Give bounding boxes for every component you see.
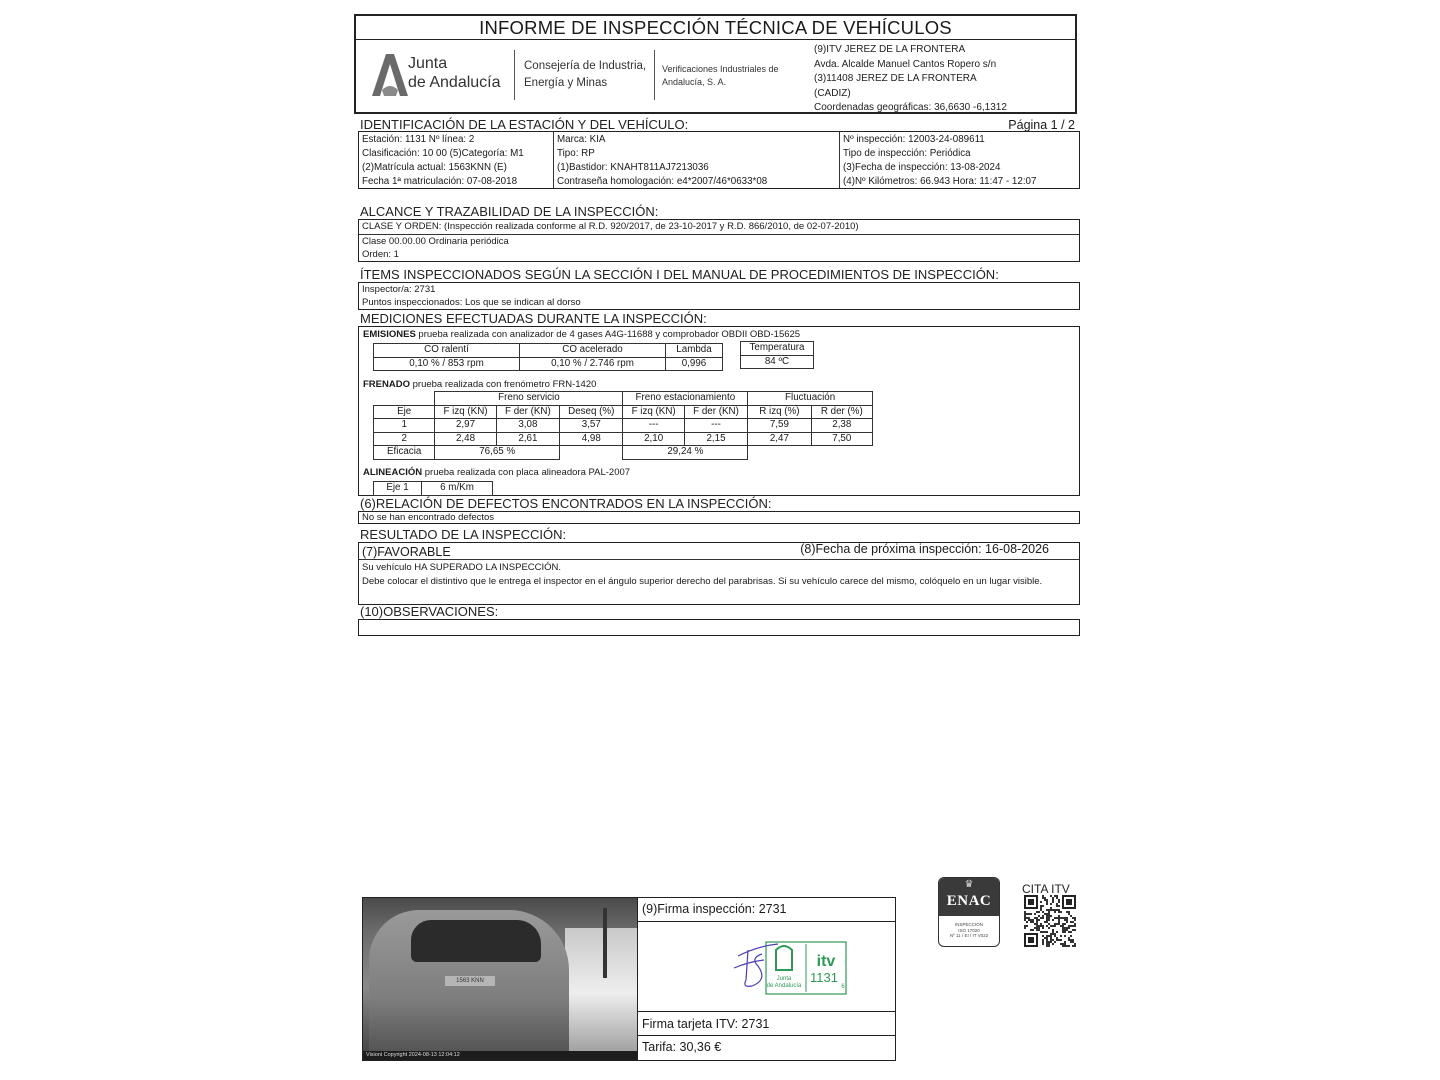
eficacia-row: Eficacia 76,65 % 29,24 % <box>374 446 873 460</box>
svg-text:itv: itv <box>817 953 836 970</box>
svg-text:1131: 1131 <box>810 970 838 985</box>
clase-text: Clase 00.00.00 Ordinaria periódica <box>359 235 1079 249</box>
table-row: 2 2,48 2,61 4,98 2,10 2,15 2,47 7,50 <box>374 432 873 446</box>
consejeria-label: Consejería de Industria, Energía y Minas <box>524 58 646 92</box>
signature-panel: (9)Firma inspección: 2731 Junta de Andal… <box>638 898 895 1060</box>
logo-row: Junta de Andalucía Consejería de Industr… <box>356 40 1075 114</box>
junta-andalucia-logo-icon <box>370 52 410 98</box>
qr-code-icon[interactable] <box>1024 895 1076 947</box>
signature-area: Junta de Andalucía itv 1131 6 <box>638 922 895 1012</box>
vehicle-info-column: Marca: KIA Tipo: RP (1)Bastidor: KNAHT81… <box>554 132 840 188</box>
license-plate: 1563 KNN <box>445 976 495 986</box>
result-message: Su vehículo HA SUPERADO LA INSPECCIÓN. <box>362 561 1076 575</box>
next-inspection-date: (8)Fecha de próxima inspección: 16-08-20… <box>800 541 1049 558</box>
cita-itv-label: CITA ITV <box>1022 882 1070 896</box>
divider <box>514 50 515 100</box>
section-title-observaciones: (10)OBSERVACIONES: <box>360 605 498 619</box>
report-title: INFORME DE INSPECCIÓN TÉCNICA DE VEHÍCUL… <box>356 16 1075 40</box>
identification-box: Estación: 1131 Nº línea: 2 Clasificación… <box>358 131 1080 189</box>
section-title-mediciones: MEDICIONES EFECTUADAS DURANTE LA INSPECC… <box>360 312 707 326</box>
station-info-column: Estación: 1131 Nº línea: 2 Clasificación… <box>359 132 554 188</box>
section-title-alcance: ALCANCE Y TRAZABILIDAD DE LA INSPECCIÓN: <box>360 205 658 219</box>
tarifa: Tarifa: 30,36 € <box>638 1036 895 1060</box>
result-instructions: Debe colocar el distintivo que le entreg… <box>362 575 1076 589</box>
section-title-defectos: (6)RELACIÓN DE DEFECTOS ENCONTRADOS EN L… <box>360 497 772 511</box>
table-row: 1 2,97 3,08 3,57 --- --- 7,59 2,38 <box>374 419 873 433</box>
alineacion-table: Eje 1 6 m/Km <box>373 481 493 496</box>
observaciones-box <box>358 619 1080 636</box>
itv-stamp-icon: Junta de Andalucía itv 1131 6 <box>728 936 858 996</box>
alineacion-label: ALINEACIÓN prueba realizada con placa al… <box>363 467 630 478</box>
section-title-identificacion: IDENTIFICACIÓN DE LA ESTACIÓN Y DEL VEHÍ… <box>360 118 688 132</box>
items-box: Inspector/a: 2731 Puntos inspeccionados:… <box>358 282 1080 310</box>
divider <box>654 50 655 100</box>
section-title-items: ÍTEMS INSPECCIONADOS SEGÚN LA SECCIÓN I … <box>360 268 999 282</box>
resultado-box: (7)FAVORABLE (8)Fecha de próxima inspecc… <box>358 542 1080 605</box>
alcance-box: CLASE Y ORDEN: (Inspección realizada con… <box>358 219 1080 262</box>
report-header: INFORME DE INSPECCIÓN TÉCNICA DE VEHÍCUL… <box>354 14 1077 114</box>
orden-text: Orden: 1 <box>359 248 1079 262</box>
verificaciones-label: Verificaciones Industriales de Andalucía… <box>662 63 779 89</box>
frenado-header-row: Eje F izq (KN) F der (KN) Deseq (%) F iz… <box>374 405 873 419</box>
svg-text:Junta: Junta <box>777 976 792 982</box>
photo-caption: Visioni Copyright 2024-08-13 12:04:12 <box>363 1051 637 1060</box>
defectos-box: No se han encontrado defectos <box>358 511 1080 524</box>
crown-icon: ♛ <box>939 878 999 892</box>
firma-tarjeta: Firma tarjeta ITV: 2731 <box>638 1012 895 1036</box>
frenado-label: FRENADO prueba realizada con frenómetro … <box>363 379 596 390</box>
vehicle-photo: 1563 KNN Visioni Copyright 2024-08-13 12… <box>363 898 638 1060</box>
inspection-info-column: Nº inspección: 12003-24-089611 Tipo de i… <box>840 132 1079 188</box>
inspector-text: Inspector/a: 2731 <box>362 283 1076 296</box>
section-title-resultado: RESULTADO DE LA INSPECCIÓN: <box>360 528 566 542</box>
emisiones-table: CO ralentí CO acelerado Lambda 0,10 % / … <box>373 343 723 371</box>
junta-andalucia-wordmark: Junta de Andalucía <box>408 54 501 92</box>
station-address: (9)ITV JEREZ DE LA FRONTERA Avda. Alcald… <box>814 43 1007 116</box>
signature-photo-block: 1563 KNN Visioni Copyright 2024-08-13 12… <box>362 897 896 1061</box>
puntos-text: Puntos inspeccionados: Los que se indica… <box>362 296 1076 309</box>
mediciones-box: EMISIONES prueba realizada con analizado… <box>358 326 1080 496</box>
clase-orden-text: CLASE Y ORDEN: (Inspección realizada con… <box>359 220 1079 235</box>
svg-text:de Andalucía: de Andalucía <box>767 983 802 989</box>
enac-badge: ♛ ENAC INSPECCIÓN ISO 17020 Nº 11 / EI /… <box>938 877 1000 947</box>
frenado-table: Freno servicio Freno estacionamiento Flu… <box>373 391 873 460</box>
svg-text:6: 6 <box>841 984 845 990</box>
temperatura-table: Temperatura 84 ºC <box>740 341 814 369</box>
emisiones-label: EMISIONES prueba realizada con analizado… <box>363 329 800 340</box>
verdict-favorable: (7)FAVORABLE <box>362 544 451 561</box>
firma-inspeccion: (9)Firma inspección: 2731 <box>638 898 895 922</box>
page-indicator: Página 1 / 2 <box>1008 118 1075 132</box>
